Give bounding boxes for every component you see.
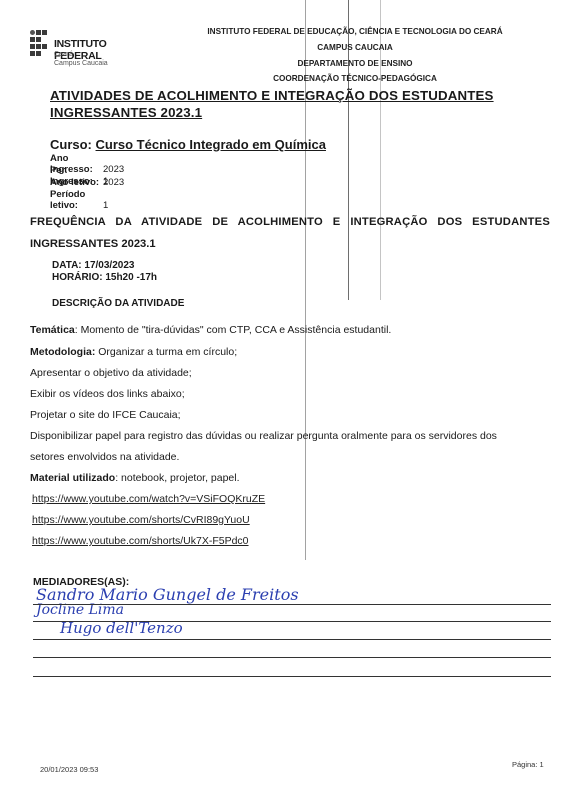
tematica-line: Temática: Momento de "tira-dúvidas" com … — [30, 324, 391, 336]
header-campus: CAMPUS CAUCAIA — [170, 43, 540, 52]
activity-date: DATA: 17/03/2023 — [52, 260, 134, 271]
frequency-heading-line1: FREQUÊNCIA DA ATIVIDADE DE ACOLHIMENTO E… — [30, 216, 550, 228]
logo-campus: Campus Caucaia — [54, 60, 108, 67]
step-line: Exibir os vídeos dos links abaixo; — [30, 388, 185, 400]
step-line: Disponibilizar papel para registro das d… — [30, 430, 497, 442]
header-department: DEPARTAMENTO DE ENSINO — [170, 59, 540, 68]
activity-time: HORÁRIO: 15h20 -17h — [52, 272, 157, 283]
scan-line-artifact — [305, 0, 306, 560]
header-institution: INSTITUTO FEDERAL DE EDUCAÇÃO, CIÊNCIA E… — [170, 27, 540, 36]
signature-line — [33, 657, 551, 658]
footer-page-number: Página: 1 — [512, 760, 544, 769]
video-link[interactable]: https://www.youtube.com/watch?v=VSiFOQKr… — [32, 493, 265, 505]
field-ano-letivo: Ano letivo:2023 — [50, 177, 124, 188]
footer-timestamp: 20/01/2023 09:53 — [40, 765, 98, 774]
course-label: Curso: — [50, 137, 92, 152]
step-line: setores envolvidos na atividade. — [30, 451, 179, 463]
signature-line — [33, 676, 551, 677]
step-line: Apresentar o objetivo da atividade; — [30, 367, 192, 379]
logo-name: INSTITUTO FEDERAL — [54, 38, 150, 62]
signature-line — [33, 604, 551, 605]
institution-logo: INSTITUTO FEDERAL Ceará Campus Caucaia — [30, 30, 150, 72]
logo-state: Ceará — [54, 51, 73, 58]
frequency-heading-line2: INGRESSANTES 2023.1 — [30, 238, 156, 250]
metodologia-line: Metodologia: Organizar a turma em círcul… — [30, 346, 237, 358]
material-line: Material utilizado: notebook, projetor, … — [30, 472, 240, 484]
course-heading: Curso: Curso Técnico Integrado em Químic… — [50, 137, 326, 152]
step-line: Projetar o site do IFCE Caucaia; — [30, 409, 181, 421]
description-heading: DESCRIÇÃO DA ATIVIDADE — [52, 298, 184, 309]
field-periodo-letivo: Período letivo:1 — [50, 189, 108, 211]
signature-line — [33, 639, 551, 640]
video-link[interactable]: https://www.youtube.com/shorts/CvRI89gYu… — [32, 514, 250, 526]
page-title-line1: ATIVIDADES DE ACOLHIMENTO E INTEGRAÇÃO D… — [50, 88, 494, 103]
course-name: Curso Técnico Integrado em Química — [96, 137, 326, 152]
signature-line — [33, 621, 551, 622]
page-title-line2: INGRESSANTES 2023.1 — [50, 105, 202, 120]
header-coordination: COORDENAÇÃO TÉCNICO-PEDAGÓGICA — [170, 74, 540, 83]
video-link[interactable]: https://www.youtube.com/shorts/Uk7X-F5Pd… — [32, 535, 249, 547]
